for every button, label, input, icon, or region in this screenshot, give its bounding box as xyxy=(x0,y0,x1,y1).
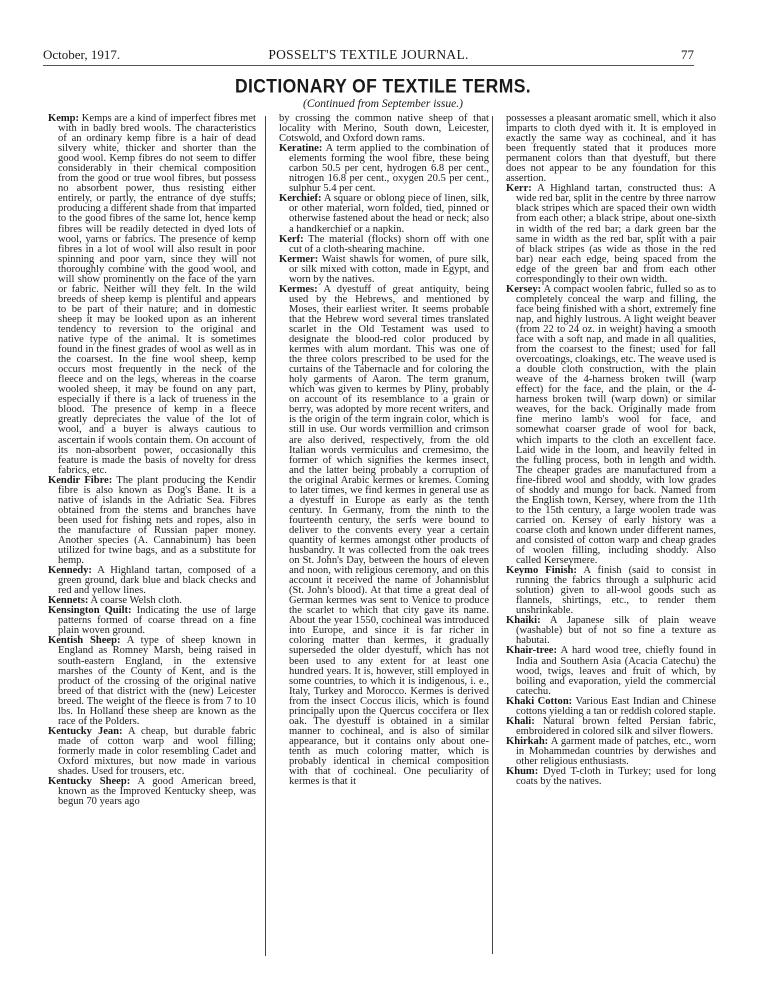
dictionary-entry: Kentish Sheep: A type of sheep known in … xyxy=(48,636,256,726)
dictionary-entry: Kensington Quilt: Indicating the use of … xyxy=(48,606,256,636)
dictionary-entry: Keymo Finish: A finish (said to consist … xyxy=(506,566,716,616)
entry-definition: A dyestuff of great antiquity, being use… xyxy=(289,284,489,787)
page-number: 77 xyxy=(681,47,694,63)
entry-definition: Waist shawls for women, of pure silk, or… xyxy=(289,254,489,285)
dictionary-entry: Kemp: Kemps are a kind of imperfect fibr… xyxy=(48,114,256,476)
article-title: DICTIONARY OF TEXTILE TERMS. xyxy=(0,75,766,98)
column-divider xyxy=(265,116,266,956)
column-divider xyxy=(492,116,493,954)
entry-definition: The plant producing the Kendir fibre is … xyxy=(58,475,256,566)
dictionary-entry: Keratine: A term applied to the combinat… xyxy=(279,144,489,194)
entry-definition: A compact woolen fabric, fulled so as to… xyxy=(516,284,716,566)
dictionary-entry: Kersey: A compact woolen fabric, fulled … xyxy=(506,285,716,566)
dictionary-entry: Kerr: A Highland tartan, constructed thu… xyxy=(506,184,716,284)
dictionary-entry: Khair-tree: A hard wood tree, chiefly fo… xyxy=(506,646,716,696)
dictionary-entry: Kerf: The material (flocks) shorn off wi… xyxy=(279,235,489,255)
dictionary-entry: Khali: Natural brown felted Persian fabr… xyxy=(506,717,716,737)
entry-definition: The material (flocks) shorn off with one… xyxy=(289,234,489,255)
entry-definition: A Highland tartan, constructed thus: A w… xyxy=(516,183,716,284)
journal-name: POSSELT'S TEXTILE JOURNAL. xyxy=(43,47,694,63)
column-1: Kemp: Kemps are a kind of imperfect fibr… xyxy=(48,114,256,807)
dictionary-entry: Kennedy: A Highland tartan, composed of … xyxy=(48,566,256,596)
entry-definition: Natural brown felted Persian fabric, emb… xyxy=(516,716,716,737)
dictionary-entry: Kermer: Waist shawls for women, of pure … xyxy=(279,255,489,285)
dictionary-entry: Kendir Fibre: The plant producing the Ke… xyxy=(48,476,256,566)
entry-definition: Dyed T-cloth in Turkey; used for long co… xyxy=(516,766,716,787)
dictionary-entry: Khum: Dyed T-cloth in Turkey; used for l… xyxy=(506,767,716,787)
entry-definition: by crossing the common native sheep of t… xyxy=(279,113,489,144)
dictionary-entry: Khaki Cotton: Various East Indian and Ch… xyxy=(506,697,716,717)
entry-definition: A Japanese silk of plain weave (washable… xyxy=(516,615,716,646)
column-3: possesses a pleasant aromatic smell, whi… xyxy=(506,114,716,787)
dictionary-entry: Kermes: A dyestuff of great antiquity, b… xyxy=(279,285,489,787)
dictionary-entry-continued: by crossing the common native sheep of t… xyxy=(279,114,489,144)
dictionary-entry: Khaiki: A Japanese silk of plain weave (… xyxy=(506,616,716,646)
dictionary-entry: Khirkah: A garment made of patches, etc.… xyxy=(506,737,716,767)
dictionary-entry: Kentucky Jean: A cheap, but durable fabr… xyxy=(48,727,256,777)
article-subtitle: (Continued from September issue.) xyxy=(0,98,766,110)
entry-definition: possesses a pleasant aromatic smell, whi… xyxy=(506,113,716,184)
entry-definition: Kemps are a kind of imperfect fibres met… xyxy=(58,113,256,476)
entry-definition: A type of sheep known in England as Romn… xyxy=(58,635,256,726)
dictionary-entry: Kerchief: A square or oblong piece of li… xyxy=(279,194,489,234)
column-2: by crossing the common native sheep of t… xyxy=(279,114,489,787)
dictionary-entry-continued: possesses a pleasant aromatic smell, whi… xyxy=(506,114,716,184)
running-head: October, 1917. POSSELT'S TEXTILE JOURNAL… xyxy=(43,47,694,66)
dictionary-entry: Kentucky Sheep: A good American breed, k… xyxy=(48,777,256,807)
